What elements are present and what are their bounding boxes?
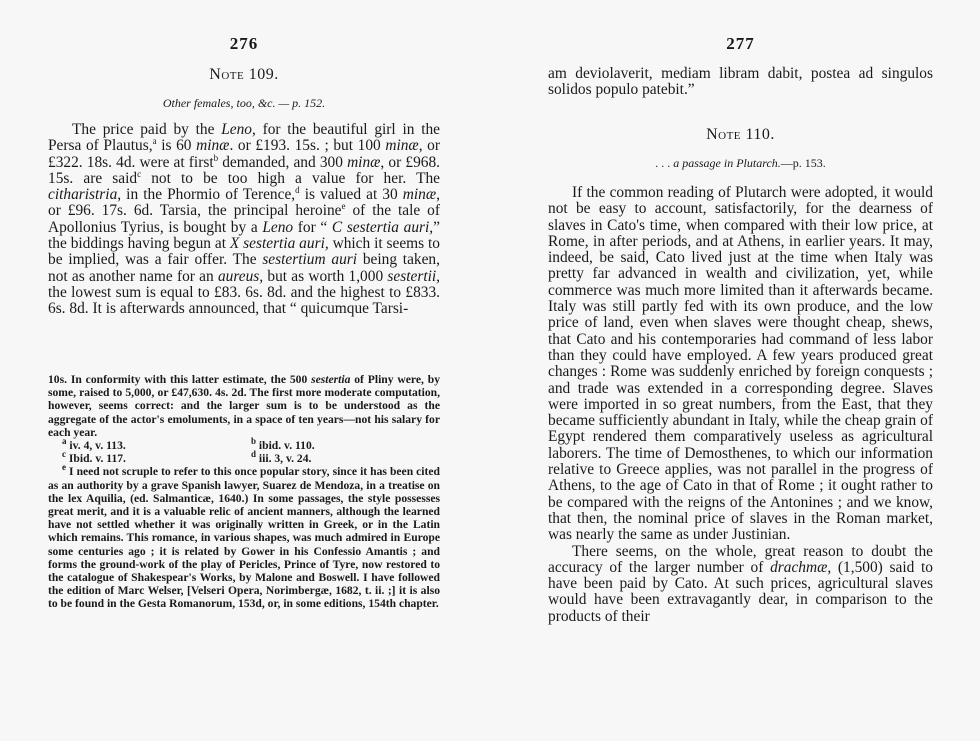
footnote-e: e I need not scruple to refer to this on… bbox=[48, 465, 440, 610]
quote-continuation: am deviolaverit, mediam libram dabit, po… bbox=[548, 66, 933, 99]
footnote-c: c Ibid. v. 117. bbox=[62, 452, 251, 465]
footnote-continuation: 10s. In conformity with this latter esti… bbox=[48, 373, 440, 439]
footnote-references: a iv. 4, v. 113. b ibid. v. 110. c Ibid.… bbox=[48, 439, 440, 465]
page-number: 276 bbox=[48, 34, 440, 54]
footnote-b: b ibid. v. 110. bbox=[251, 439, 440, 452]
footnote-d: d iii. 3, v. 24. bbox=[251, 452, 440, 465]
note-reference: Other females, too, &c. — p. 152. bbox=[48, 96, 440, 111]
footnote-a: a iv. 4, v. 113. bbox=[62, 439, 251, 452]
footnotes: 10s. In conformity with this latter esti… bbox=[48, 373, 440, 611]
page-number: 277 bbox=[548, 34, 933, 54]
note-number: 109. bbox=[249, 66, 279, 83]
right-page: 277 am deviolaverit, mediam libram dabit… bbox=[548, 0, 933, 741]
note-109-body: The price paid by the Leno, for the beau… bbox=[48, 122, 440, 318]
note-number: 110. bbox=[746, 126, 775, 143]
note-110-body: If the common reading of Plutarch were a… bbox=[548, 185, 933, 625]
note-110-heading: Note 110. bbox=[548, 126, 933, 144]
note-reference: . . . a passage in Plutarch.—p. 153. bbox=[548, 156, 933, 171]
note-label: Note bbox=[209, 66, 244, 83]
note-110-paragraph-1: If the common reading of Plutarch were a… bbox=[548, 185, 933, 544]
note-109-paragraph: The price paid by the Leno, for the beau… bbox=[48, 122, 440, 318]
note-110-paragraph-2: There seems, on the whole, great reason … bbox=[548, 544, 933, 625]
left-page: 276 Note 109. Other females, too, &c. — … bbox=[48, 0, 440, 741]
note-109-heading: Note 109. bbox=[48, 66, 440, 84]
note-label: Note bbox=[706, 126, 741, 143]
